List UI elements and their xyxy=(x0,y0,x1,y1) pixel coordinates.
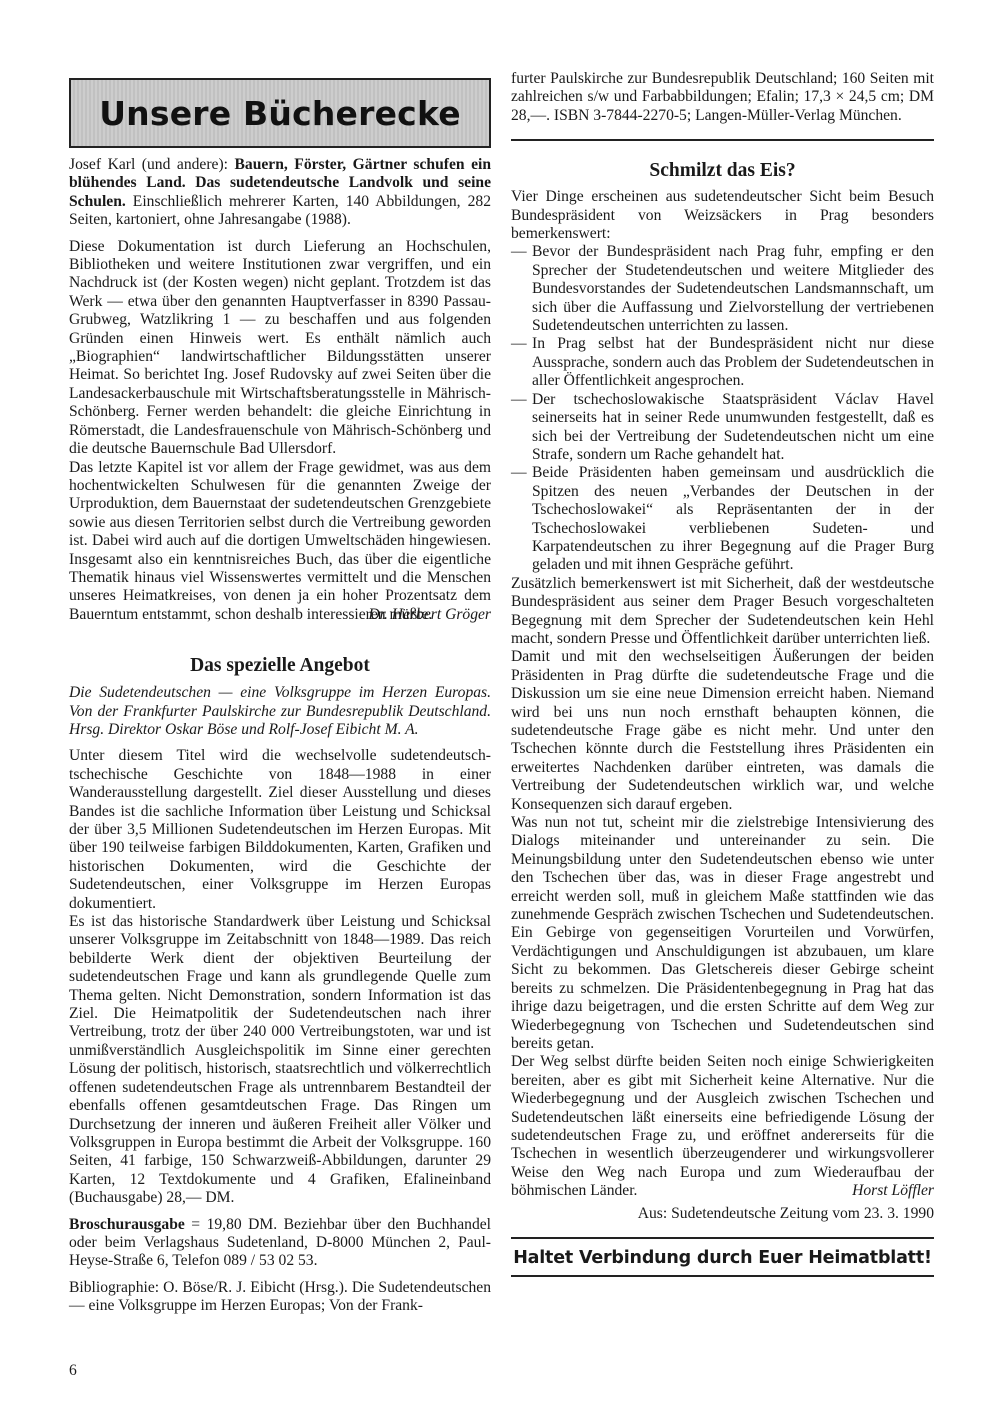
citation-details: Einschließlich mehrerer Karten, 140 Abbi… xyxy=(69,193,491,228)
article-signature: Horst Löffler xyxy=(852,1182,934,1200)
article-intro: Vier Dinge erscheinen aus sudetendeutsch… xyxy=(511,188,934,243)
slogan-bottom-rule xyxy=(511,1275,934,1277)
review2-paragraph-2: Es ist das historische Standardwerk über… xyxy=(69,913,491,1208)
banner-title: Unsere Bücherecke xyxy=(99,94,461,133)
bibliography-start: Bibliographie: O. Böse/R. J. Eibicht (Hr… xyxy=(69,1279,491,1316)
list-item: —In Prag selbst hat der Bundespräsident … xyxy=(511,335,934,390)
article-paragraph-3: Was nun not tut, scheint mir die zielstr… xyxy=(511,814,934,1053)
article-paragraph-2: Damit und mit den wechselseitigen Äußeru… xyxy=(511,648,934,814)
slogan-top-rule xyxy=(511,1237,934,1239)
dash-bullet: — xyxy=(511,391,527,409)
review1-paragraph-1: Diese Dokumentation ist durch Lieferung … xyxy=(69,238,491,459)
dash-bullet: — xyxy=(511,464,527,482)
list-item: —Bevor der Bundespräsident nach Prag fuh… xyxy=(511,243,934,335)
left-column: Josef Karl (und andere): Bauern, Förster… xyxy=(69,156,491,1316)
article-paragraph-4: Der Weg selbst dürfte beiden Seiten noch… xyxy=(511,1053,934,1200)
dash-bullet: — xyxy=(511,335,527,353)
section-banner: Unsere Bücherecke xyxy=(69,78,491,148)
bibliography-end: furter Paulskirche zur Bundesrepublik De… xyxy=(511,70,934,125)
slogan: Haltet Verbindung durch Euer Heimatblatt… xyxy=(511,1245,934,1271)
book-citation-1: Josef Karl (und andere): Bauern, Förster… xyxy=(69,156,491,230)
order-label: Broschurausgabe xyxy=(69,1216,185,1233)
article-source: Aus: Sudetendeutsche Zeitung vom 23. 3. … xyxy=(511,1205,934,1223)
section-heading-angebot: Das spezielle Angebot xyxy=(69,654,491,678)
review1-paragraph-2: Das letzte Kapitel ist vor allem der Fra… xyxy=(69,459,491,625)
review2-paragraph-1: Unter diesem Titel wird die wechselvolle… xyxy=(69,747,491,913)
dash-bullet: — xyxy=(511,243,527,261)
section-heading-eis: Schmilzt das Eis? xyxy=(511,159,934,183)
divider-rule xyxy=(511,139,934,141)
list-item: —Der tschechoslowakische Staatspräsident… xyxy=(511,391,934,465)
citation-author: Josef Karl (und andere): xyxy=(69,156,235,173)
order-info: Broschurausgabe = 19,80 DM. Beziehbar üb… xyxy=(69,1216,491,1271)
book-subtitle-2: Die Sudetendeutschen — eine Volksgruppe … xyxy=(69,684,491,739)
page-number: 6 xyxy=(69,1362,77,1380)
list-item: —Beide Präsidenten haben gemeinsam und a… xyxy=(511,464,934,574)
right-column: furter Paulskirche zur Bundesrepublik De… xyxy=(511,70,934,1277)
article-paragraph-1: Zusätzlich bemerkenswert ist mit Sicherh… xyxy=(511,575,934,649)
